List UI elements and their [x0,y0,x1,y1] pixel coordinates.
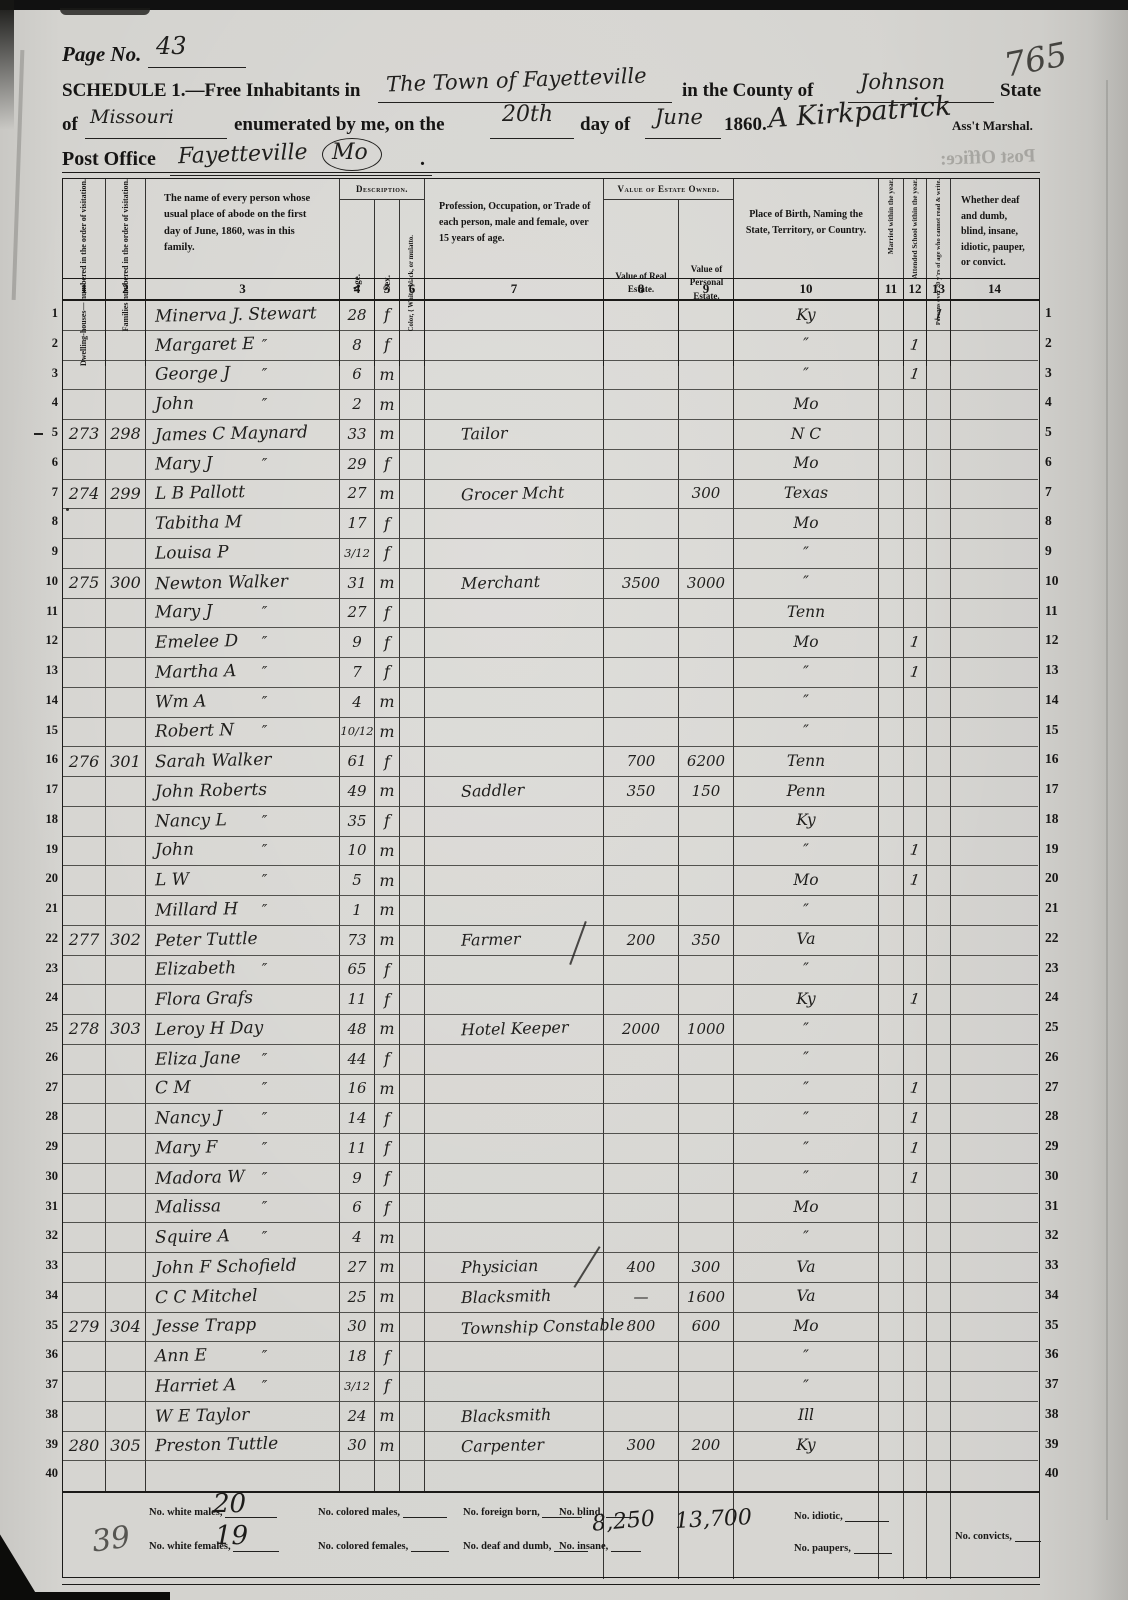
cell-attended-school [904,718,927,748]
year-label: 1860. [724,114,767,136]
cell-family-number [106,896,146,926]
cell-remarks [951,866,1038,896]
cell-cannot-read-write [927,480,951,510]
cell-color [400,361,425,391]
cell-name: George J″ [146,361,340,391]
cell-occupation [425,688,604,718]
cell-name: Martha A″ [146,658,340,688]
cell-personal-estate [679,361,734,391]
row-number-right: 34 [1045,1282,1067,1312]
cell-sex: m [375,1015,400,1045]
row-number-rail-right: 1234567891011121314151617181920212223242… [1045,300,1067,1490]
cell-attended-school [904,777,927,807]
table-row: Nancy L″ 35 f Ky [63,807,1039,837]
cell-color [400,628,425,658]
cell-married-in-year [879,331,904,361]
cell-color [400,658,425,688]
cell-name: Flora Grafs [146,985,340,1015]
cell-color [400,807,425,837]
table-row: John″ 10 m ″ 1 [63,837,1039,867]
row-number-left: 8 [36,508,58,538]
cell-family-number [106,509,146,539]
cell-sex: m [375,896,400,926]
cell-dwelling-number [63,985,106,1015]
cell-occupation: Grocer Mcht [425,480,604,510]
cell-attended-school: 1 [904,837,927,867]
cell-personal-estate [679,390,734,420]
cell-sex: f [375,599,400,629]
cell-age: 5 [340,866,375,896]
cell-dwelling-number [63,688,106,718]
cell-attended-school [904,1461,927,1491]
table-row: 274 299 L B Pallott 27 m Grocer Mcht 300… [63,480,1039,510]
cell-real-estate: 2000 [604,1015,679,1045]
row-number-right: 2 [1045,330,1067,360]
cell-age: 11 [340,1134,375,1164]
cell-family-number [106,599,146,629]
cell-birthplace: ″ [734,1164,879,1194]
cell-real-estate: 350 [604,777,679,807]
cell-attended-school [904,599,927,629]
cell-dwelling-number [63,301,106,331]
column-number: 3 [146,279,340,299]
table-row [63,1461,1039,1491]
table-row: Flora Grafs 11 f Ky 1 [63,985,1039,1015]
cell-dwelling-number: 273 [63,420,106,450]
row-number-right: 18 [1045,806,1067,836]
cell-age: 35 [340,807,375,837]
cell-color [400,1461,425,1491]
cell-family-number [106,390,146,420]
row-number-left: 16 [36,746,58,776]
cell-dwelling-number [63,628,106,658]
cell-sex [375,1461,400,1491]
table-row: C C Mitchel 25 m Blacksmith — 1600 Va [63,1283,1039,1313]
cell-dwelling-number [63,599,106,629]
cell-birthplace: Mo [734,1313,879,1343]
cell-real-estate [604,807,679,837]
row-number-right: 31 [1045,1193,1067,1223]
table-row: Malissa″ 6 f Mo [63,1194,1039,1224]
row-number-right: 14 [1045,687,1067,717]
cell-remarks [951,599,1038,629]
cell-color [400,1134,425,1164]
cell-sex: f [375,628,400,658]
cell-remarks [951,1253,1038,1283]
table-bottom-rule [62,1584,1040,1585]
cell-name [146,1461,340,1491]
cell-birthplace: Ky [734,301,879,331]
cell-sex: f [375,985,400,1015]
cell-dwelling-number [63,390,106,420]
cell-real-estate [604,1223,679,1253]
cell-attended-school [904,450,927,480]
cell-real-estate [604,688,679,718]
cell-cannot-read-write [927,569,951,599]
cell-occupation [425,1223,604,1253]
cell-birthplace: ″ [734,539,879,569]
cell-married-in-year [879,718,904,748]
cell-dwelling-number: 277 [63,926,106,956]
post-office-underline [170,174,432,176]
cell-age: 27 [340,480,375,510]
cell-birthplace: Mo [734,390,879,420]
cell-married-in-year [879,599,904,629]
cell-birthplace: Va [734,1253,879,1283]
cell-married-in-year [879,1432,904,1462]
cell-age: 1 [340,896,375,926]
cell-attended-school [904,896,927,926]
cell-color [400,1372,425,1402]
row-number-right: 17 [1045,776,1067,806]
cell-occupation [425,1461,604,1491]
cell-birthplace: ″ [734,1134,879,1164]
cell-dwelling-number [63,956,106,986]
column-number: 1 [63,279,106,299]
cell-color [400,1045,425,1075]
place-value: The Town of Fayetteville [386,63,647,96]
colored-females-label: No. colored females, [318,1541,449,1552]
cell-name: Harriet A″ [146,1372,340,1402]
cell-married-in-year [879,450,904,480]
cell-sex: f [375,1164,400,1194]
cell-age: 9 [340,1164,375,1194]
cell-real-estate [604,1342,679,1372]
cell-remarks [951,569,1038,599]
cell-cannot-read-write [927,1461,951,1491]
table-row: 279 304 Jesse Trapp 30 m Township Consta… [63,1313,1039,1343]
cell-attended-school [904,956,927,986]
cell-sex: f [375,509,400,539]
scan-edge-bottom [0,1592,170,1600]
cell-birthplace: Va [734,1283,879,1313]
cell-name: Leroy H Day [146,1015,340,1045]
cell-name: Sarah Walker [146,747,340,777]
cell-dwelling-number [63,1045,106,1075]
cell-cannot-read-write [927,1223,951,1253]
cell-age: 44 [340,1045,375,1075]
cell-cannot-read-write [927,1045,951,1075]
cell-sex: m [375,1253,400,1283]
row-number-right: 20 [1045,865,1067,895]
table-row: 277 302 Peter Tuttle 73 m Farmer 200 350… [63,926,1039,956]
row-number-right: 28 [1045,1103,1067,1133]
cell-cannot-read-write [927,450,951,480]
cell-birthplace: Mo [734,628,879,658]
cell-birthplace: ″ [734,718,879,748]
cell-real-estate [604,390,679,420]
row-number-left: 4 [36,389,58,419]
cell-birthplace: ″ [734,1342,879,1372]
cell-birthplace: ″ [734,569,879,599]
cell-personal-estate [679,1342,734,1372]
row-number-left: 35 [36,1312,58,1342]
cell-family-number [106,331,146,361]
row-number-left: 15 [36,717,58,747]
row-number-left: 2 [36,330,58,360]
cell-age: 24 [340,1402,375,1432]
cell-color [400,390,425,420]
cell-real-estate [604,1194,679,1224]
totals-left-block: No. white males, No. colored males, No. … [63,1493,604,1579]
cell-name: L B Pallott [146,480,340,510]
cell-cannot-read-write [927,658,951,688]
cell-occupation [425,1342,604,1372]
cell-birthplace: Tenn [734,747,879,777]
county-label: in the County of [682,80,813,102]
cell-name: James C Maynard [146,420,340,450]
cell-married-in-year [879,480,904,510]
cell-dwelling-number [63,1283,106,1313]
row-number-left: 25 [36,1014,58,1044]
cell-occupation [425,361,604,391]
cell-birthplace: Va [734,926,879,956]
cell-dwelling-number [63,658,106,688]
cell-sex: f [375,450,400,480]
cell-color [400,331,425,361]
real-estate-total-cell: 8,250 [604,1493,679,1579]
row-number-right: 29 [1045,1133,1067,1163]
cell-attended-school [904,747,927,777]
cell-attended-school [904,420,927,450]
cell-personal-estate [679,837,734,867]
cell-attended-school [904,1283,927,1313]
cell-family-number [106,1283,146,1313]
row-number-right: 7 [1045,479,1067,509]
cell-remarks [951,1402,1038,1432]
cell-remarks [951,1194,1038,1224]
cell-remarks [951,1432,1038,1462]
cell-family-number [106,1045,146,1075]
cell-occupation: Farmer [425,926,604,956]
row-number-left: 33 [36,1252,58,1282]
row-number-left: 11 [36,598,58,628]
cell-married-in-year [879,866,904,896]
column-number: 8 [604,279,679,299]
cell-dwelling-number [63,450,106,480]
cell-sex: f [375,1372,400,1402]
cell-occupation [425,599,604,629]
cell-real-estate [604,361,679,391]
cell-real-estate [604,1045,679,1075]
cell-color [400,599,425,629]
cell-married-in-year [879,628,904,658]
table-row: 273 298 James C Maynard 33 m Tailor N C [63,420,1039,450]
row-number-right: 26 [1045,1044,1067,1074]
cell-real-estate [604,1372,679,1402]
cell-personal-estate: 6200 [679,747,734,777]
cell-real-estate [604,1164,679,1194]
table-row: Margaret E″ 8 f ″ 1 [63,331,1039,361]
row-number-left: 36 [36,1341,58,1371]
cell-personal-estate [679,1134,734,1164]
scan-edge-top-nub [60,8,150,15]
cell-personal-estate [679,658,734,688]
cell-real-estate [604,718,679,748]
cell-occupation [425,1194,604,1224]
cell-attended-school: 1 [904,866,927,896]
row-number-right: 6 [1045,449,1067,479]
cell-age: 17 [340,509,375,539]
cell-sex: f [375,1342,400,1372]
cell-dwelling-number: 275 [63,569,106,599]
cell-occupation [425,1075,604,1105]
cell-remarks [951,837,1038,867]
cell-remarks [951,1134,1038,1164]
cell-real-estate: 3500 [604,569,679,599]
cell-family-number: 303 [106,1015,146,1045]
cell-age: 29 [340,450,375,480]
row-number-right: 40 [1045,1460,1067,1490]
cell-married-in-year [879,361,904,391]
cell-birthplace: Mo [734,866,879,896]
cell-personal-estate [679,688,734,718]
cell-dwelling-number [63,896,106,926]
post-office-value: Fayetteville [178,140,308,170]
cell-remarks [951,1372,1038,1402]
cell-occupation [425,390,604,420]
row-number-right: 30 [1045,1163,1067,1193]
cell-name: Minerva J. Stewart [146,301,340,331]
cell-name: Mary J″ [146,599,340,629]
state-value: Missouri [90,106,174,128]
cell-attended-school [904,926,927,956]
cell-remarks [951,985,1038,1015]
cell-cannot-read-write [927,331,951,361]
cell-cannot-read-write [927,718,951,748]
cell-real-estate [604,539,679,569]
cell-birthplace: ″ [734,331,879,361]
cell-birthplace: ″ [734,688,879,718]
column-number: 6 [400,279,425,299]
cell-color [400,866,425,896]
cell-sex: m [375,390,400,420]
cell-cannot-read-write [927,747,951,777]
cell-sex: m [375,688,400,718]
cell-remarks [951,1342,1038,1372]
table-top-rule [62,172,1040,173]
cell-birthplace: Mo [734,450,879,480]
enumerated-label: enumerated by me, on the [234,114,445,136]
table-row: Tabitha M 17 f Mo [63,509,1039,539]
row-number-left: 13 [36,657,58,687]
cell-family-number: 298 [106,420,146,450]
cell-family-number: 304 [106,1313,146,1343]
table-row: Martha A″ 7 f ″ 1 [63,658,1039,688]
cell-color [400,480,425,510]
cell-personal-estate: 600 [679,1313,734,1343]
row-number-right: 5 [1045,419,1067,449]
cell-cannot-read-write [927,1372,951,1402]
cell-name: Millard H″ [146,896,340,926]
cell-personal-estate [679,539,734,569]
row-number-left: 6 [36,449,58,479]
cell-age: 49 [340,777,375,807]
cell-color [400,1253,425,1283]
cell-family-number [106,956,146,986]
cell-personal-estate [679,896,734,926]
cell-remarks [951,1045,1038,1075]
cell-occupation: Blacksmith [425,1402,604,1432]
cell-name: C C Mitchel [146,1283,340,1313]
cell-birthplace: ″ [734,1015,879,1045]
cell-personal-estate [679,866,734,896]
cell-personal-estate: 300 [679,1253,734,1283]
cell-dwelling-number [63,1194,106,1224]
cell-birthplace: N C [734,420,879,450]
cell-dwelling-number [63,1223,106,1253]
cell-remarks [951,361,1038,391]
cell-color [400,1402,425,1432]
row-number-left: 30 [36,1163,58,1193]
cell-remarks [951,956,1038,986]
cell-married-in-year [879,390,904,420]
cell-occupation: Hotel Keeper [425,1015,604,1045]
cell-dwelling-number [63,1164,106,1194]
cell-name: Mary F″ [146,1134,340,1164]
cell-married-in-year [879,985,904,1015]
cell-sex: m [375,837,400,867]
cell-occupation [425,718,604,748]
cell-family-number: 299 [106,480,146,510]
cell-dwelling-number [63,718,106,748]
cell-cannot-read-write [927,390,951,420]
cell-color [400,301,425,331]
cell-family-number [106,1075,146,1105]
cell-attended-school [904,807,927,837]
row-number-left: 26 [36,1044,58,1074]
cell-family-number [106,807,146,837]
cell-personal-estate [679,599,734,629]
cell-married-in-year [879,1164,904,1194]
row-number-left: 31 [36,1193,58,1223]
cell-dwelling-number [63,509,106,539]
cell-dwelling-number [63,866,106,896]
cell-family-number [106,539,146,569]
cell-family-number [106,1461,146,1491]
cell-remarks [951,390,1038,420]
cell-remarks [951,777,1038,807]
cell-occupation: Merchant [425,569,604,599]
table-row: John Roberts 49 m Saddler 350 150 Penn [63,777,1039,807]
cell-name: Malissa″ [146,1194,340,1224]
cell-color [400,1075,425,1105]
cell-family-number [106,866,146,896]
column-number: 9 [679,279,734,299]
cell-married-in-year [879,956,904,986]
cell-color [400,539,425,569]
cell-dwelling-number [63,1134,106,1164]
cell-remarks [951,1313,1038,1343]
cell-cannot-read-write [927,1015,951,1045]
row-number-left: 38 [36,1401,58,1431]
cell-name: Jesse Trapp [146,1313,340,1343]
cell-occupation [425,301,604,331]
row-number-right: 4 [1045,389,1067,419]
row-number-right: 27 [1045,1074,1067,1104]
cell-married-in-year [879,569,904,599]
cell-family-number: 302 [106,926,146,956]
table-row: Robert N″ 10/12 m ″ [63,718,1039,748]
row-number-left: 21 [36,895,58,925]
cell-personal-estate [679,420,734,450]
cell-age: 4 [340,688,375,718]
column-number: 4 [340,279,375,299]
cell-remarks [951,1015,1038,1045]
row-number-left: 3 [36,360,58,390]
cell-family-number [106,1223,146,1253]
cell-name: John Roberts [146,777,340,807]
